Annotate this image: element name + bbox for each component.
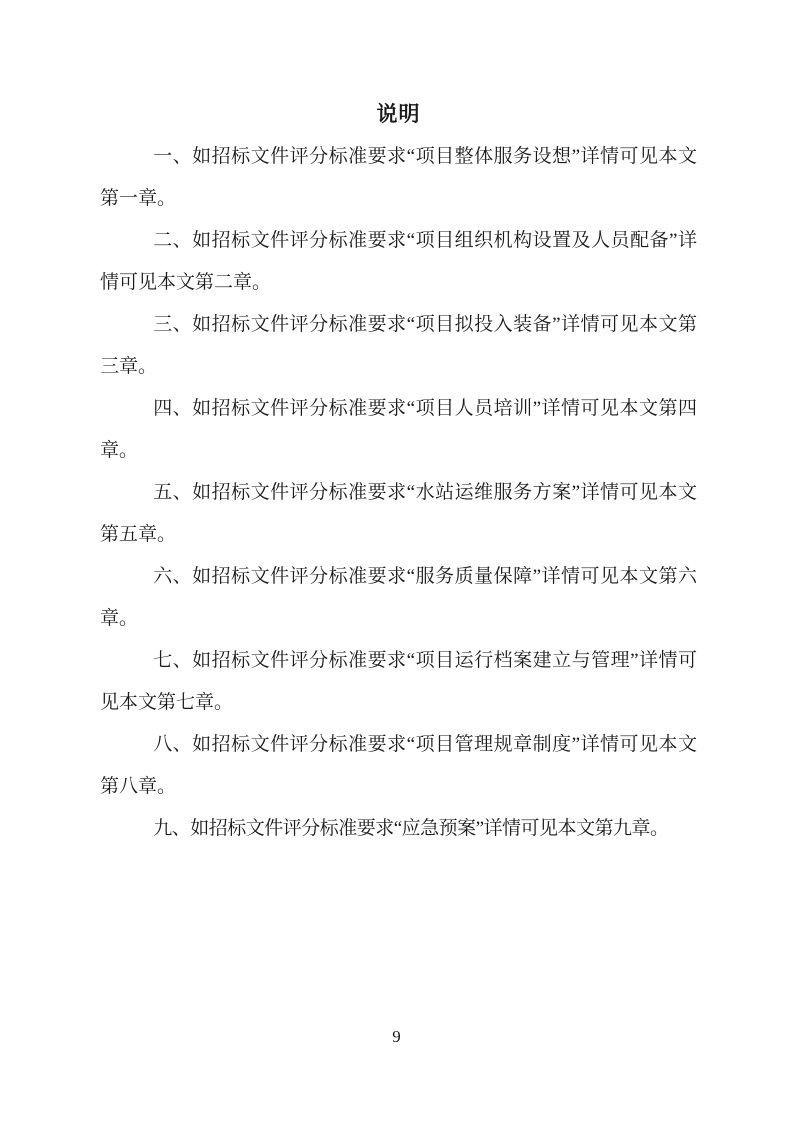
document-title: 说明 — [100, 100, 697, 128]
paragraph-7: 七、如招标文件评分标准要求“项目运行档案建立与管理”详情可见本文第七章。 — [100, 640, 697, 724]
paragraph-3: 三、如招标文件评分标准要求“项目拟投入装备”详情可见本文第三章。 — [100, 304, 697, 388]
paragraph-9: 九、如招标文件评分标准要求“应急预案”详情可见本文第九章。 — [100, 808, 697, 850]
page-number: 9 — [0, 1026, 793, 1048]
paragraph-5: 五、如招标文件评分标准要求“水站运维服务方案”详情可见本文第五章。 — [100, 472, 697, 556]
paragraph-1: 一、如招标文件评分标准要求“项目整体服务设想”详情可见本文第一章。 — [100, 136, 697, 220]
paragraph-4: 四、如招标文件评分标准要求“项目人员培训”详情可见本文第四章。 — [100, 388, 697, 472]
paragraph-6: 六、如招标文件评分标准要求“服务质量保障”详情可见本文第六章。 — [100, 556, 697, 640]
paragraph-8: 八、如招标文件评分标准要求“项目管理规章制度”详情可见本文第八章。 — [100, 724, 697, 808]
paragraph-2: 二、如招标文件评分标准要求“项目组织机构设置及人员配备”详情可见本文第二章。 — [100, 220, 697, 304]
document-body: 说明 一、如招标文件评分标准要求“项目整体服务设想”详情可见本文第一章。 二、如… — [100, 100, 697, 850]
document-page: 说明 一、如招标文件评分标准要求“项目整体服务设想”详情可见本文第一章。 二、如… — [0, 0, 793, 1122]
